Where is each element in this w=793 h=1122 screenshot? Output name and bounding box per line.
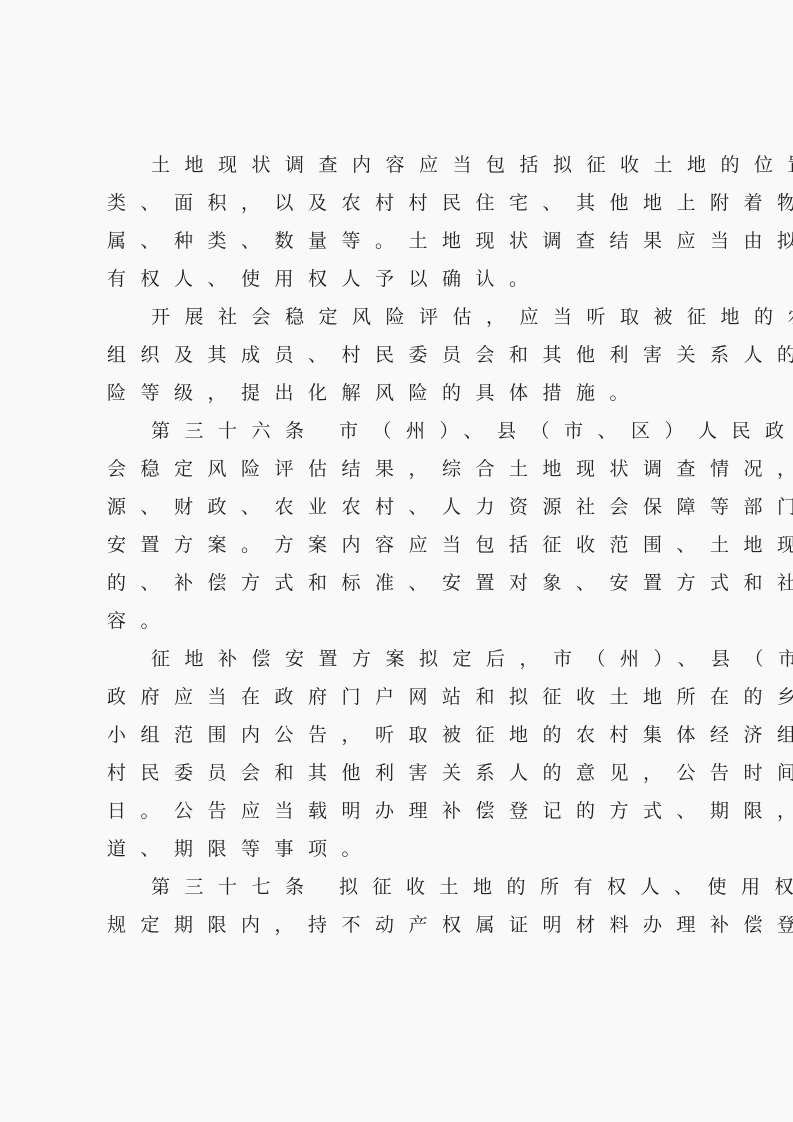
text-line: 小组范围内公告，听取被征地的农村集体经济组织及其成员、 [107, 716, 687, 754]
paragraph-land-survey: 土地现状调查内容应当包括拟征收土地的位置、权属、地 类、面积，以及农村村民住宅、… [107, 146, 687, 298]
text-line: 第三十六条 市（州）、县（市、区）人民政府应当依据社 [107, 412, 687, 450]
paragraph-article-37: 第三十七条 拟征收土地的所有权人、使用权人应当在公告 规定期限内，持不动产权属证… [107, 868, 687, 944]
text-line: 的、补偿方式和标准、安置对象、安置方式和社会保障等内 [107, 564, 687, 602]
text-line: 类、面积，以及农村村民住宅、其他地上附着物和青苗等的权 [107, 184, 687, 222]
document-page: 土地现状调查内容应当包括拟征收土地的位置、权属、地 类、面积，以及农村村民住宅、… [107, 146, 687, 944]
text-line: 道、期限等事项。 [107, 830, 687, 868]
text-line: 组织及其成员、村民委员会和其他利害关系人的意见，明确风 [107, 336, 687, 374]
text-line: 有权人、使用权人予以确认。 [107, 260, 687, 298]
text-line: 土地现状调查内容应当包括拟征收土地的位置、权属、地 [107, 146, 687, 184]
paragraph-risk-assessment: 开展社会稳定风险评估，应当听取被征地的农村集体经济 组织及其成员、村民委员会和其… [107, 298, 687, 412]
text-line: 政府应当在政府门户网站和拟征收土地所在的乡镇、村、村民 [107, 678, 687, 716]
text-line: 规定期限内，持不动产权属证明材料办理补偿登记。拟征收土 [107, 906, 687, 944]
text-line: 征地补偿安置方案拟定后，市（州）、县（市、区）人民 [107, 640, 687, 678]
text-line: 属、种类、数量等。土地现状调查结果应当由拟征收土地的所 [107, 222, 687, 260]
text-line: 安置方案。方案内容应当包括征收范围、土地现状、征收目 [107, 526, 687, 564]
text-line: 险等级，提出化解风险的具体措施。 [107, 374, 687, 412]
paragraph-public-notice: 征地补偿安置方案拟定后，市（州）、县（市、区）人民 政府应当在政府门户网站和拟征… [107, 640, 687, 868]
text-line: 日。公告应当载明办理补偿登记的方式、期限，异议反馈的渠 [107, 792, 687, 830]
text-line: 会稳定风险评估结果，综合土地现状调查情况，组织自然资 [107, 450, 687, 488]
text-line: 第三十七条 拟征收土地的所有权人、使用权人应当在公告 [107, 868, 687, 906]
paragraph-article-36: 第三十六条 市（州）、县（市、区）人民政府应当依据社 会稳定风险评估结果，综合土… [107, 412, 687, 640]
text-line: 村民委员会和其他利害关系人的意见，公告时间不少于三十 [107, 754, 687, 792]
text-line: 开展社会稳定风险评估，应当听取被征地的农村集体经济 [107, 298, 687, 336]
text-line: 源、财政、农业农村、人力资源社会保障等部门拟定征地补偿 [107, 488, 687, 526]
text-line: 容。 [107, 602, 687, 640]
